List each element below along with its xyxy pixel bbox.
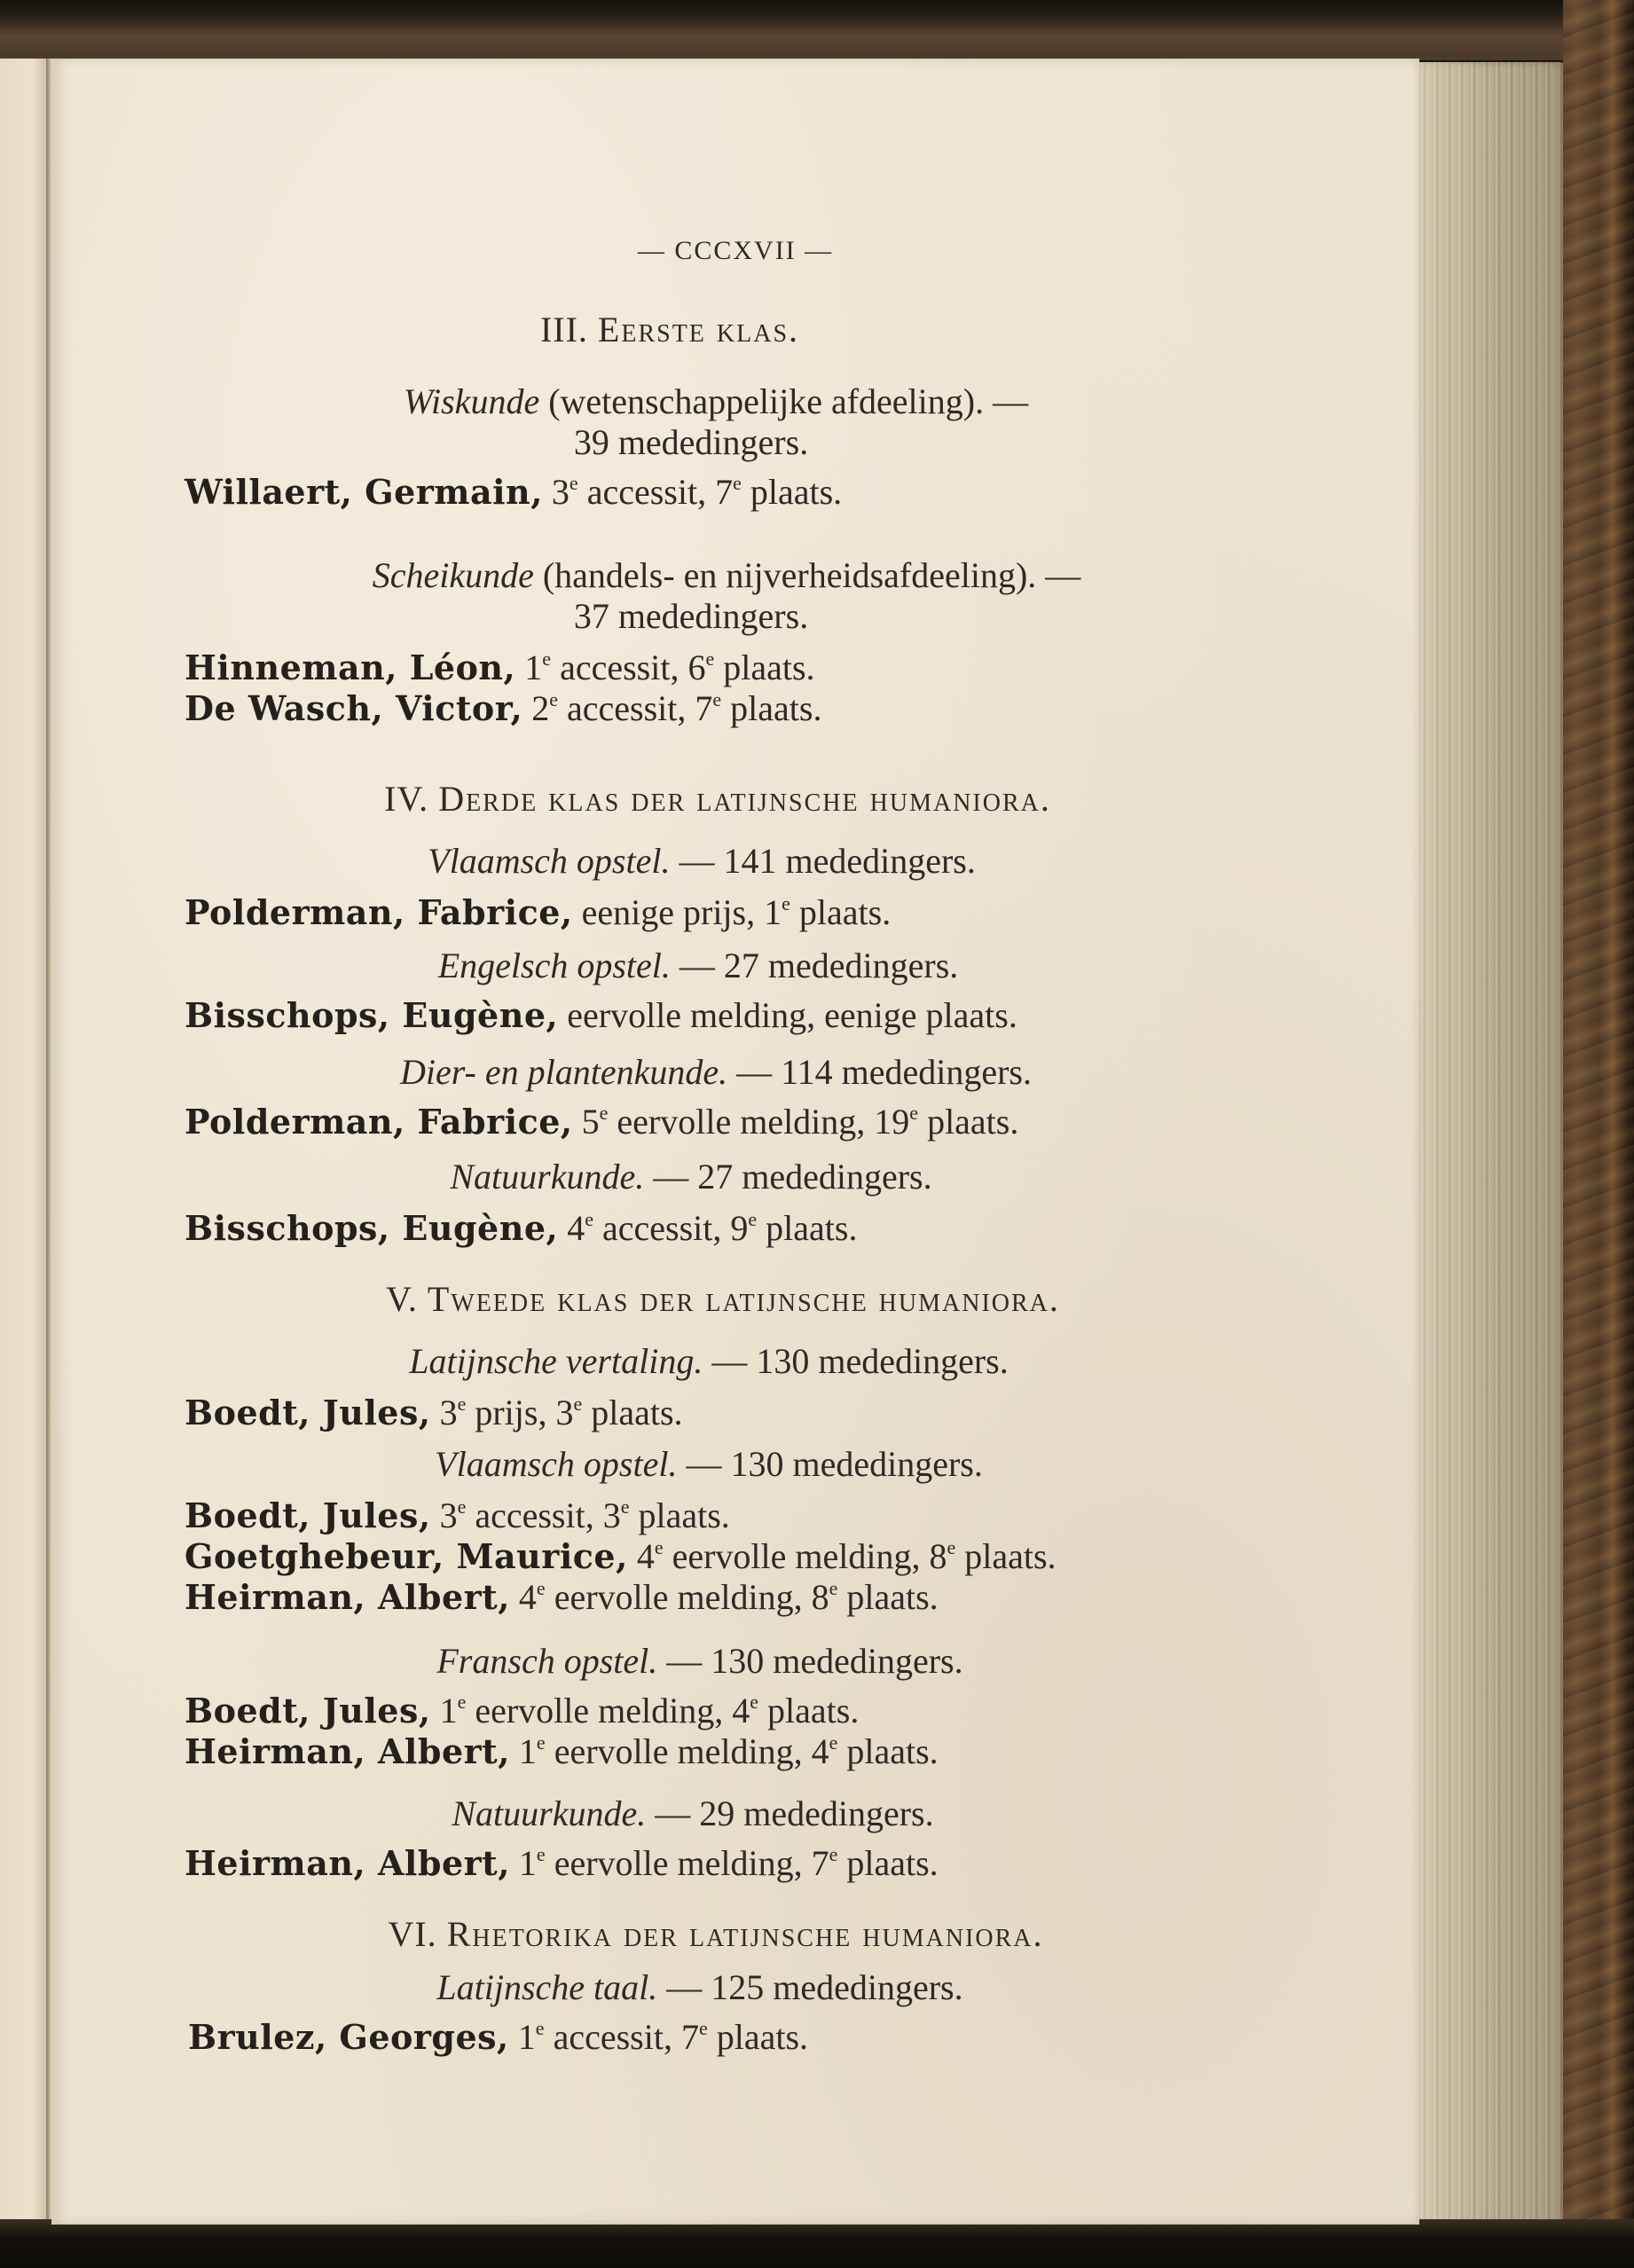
award-entry: Brulez, Georges, 1e accessit, 7e plaats. xyxy=(188,2017,808,2058)
ordinal-suffix: e xyxy=(705,647,714,670)
ordinal-suffix: e xyxy=(748,1208,757,1230)
subject-heading: Engelsch opstel. — 27 mededingers. xyxy=(14,946,1382,986)
place-label: plaats. xyxy=(846,1843,938,1883)
section-heading-v: V. Tweede klas der latijnsche humaniora. xyxy=(39,1279,1407,1320)
section-title: Derde klas der latijnsche humaniora. xyxy=(438,779,1051,819)
award-type: accessit, xyxy=(567,688,686,728)
ordinal-suffix: e xyxy=(537,1843,546,1865)
ordinal-suffix: e xyxy=(458,1393,467,1415)
section-title: Rhetorika der latijnsche humaniora. xyxy=(447,1914,1044,1954)
award-rank: 2 xyxy=(531,688,549,728)
student-name: Heirman, Albert, xyxy=(185,1731,510,1771)
award-type: eervolle melding, xyxy=(554,1731,803,1771)
subject-name: Latijnsche vertaling. xyxy=(409,1341,703,1381)
book-cover-top xyxy=(0,0,1634,60)
award-entry: Heirman, Albert, 1e eervolle melding, 7e… xyxy=(185,1843,939,1884)
place-rank: 6 xyxy=(687,647,705,687)
section-heading-iv: IV. Derde klas der latijnsche humaniora. xyxy=(34,779,1402,820)
ordinal-suffix: e xyxy=(458,1495,467,1518)
ordinal-suffix: e xyxy=(829,1577,838,1599)
subject-competitors: — 130 mededingers. xyxy=(666,1641,962,1681)
ordinal-suffix: e xyxy=(542,647,551,670)
student-name: Boedt, Jules, xyxy=(185,1691,431,1730)
ordinal-suffix: e xyxy=(829,1731,838,1754)
student-name: Hinneman, Léon, xyxy=(185,647,515,687)
ordinal-suffix: e xyxy=(782,892,790,914)
student-name: Heirman, Albert, xyxy=(185,1843,510,1883)
subject-name: Dier- en plantenkunde. xyxy=(400,1052,727,1092)
place-label: plaats. xyxy=(964,1536,1056,1576)
award-rank: 5 xyxy=(582,1102,600,1142)
ordinal-suffix: e xyxy=(712,688,721,710)
subject-competitors: — 130 mededingers. xyxy=(711,1341,1008,1381)
section-heading-vi: VI. Rhetorika der latijnsche humaniora. xyxy=(32,1914,1400,1955)
subject-competitors: — 141 mededingers. xyxy=(679,841,975,881)
award-type: prijs, xyxy=(475,1393,546,1432)
student-name: Goetghebeur, Maurice, xyxy=(185,1536,628,1576)
subject-competitors: 37 mededingers. xyxy=(7,596,1375,637)
subject-name: Engelsch opstel. xyxy=(438,946,671,985)
student-name: Boedt, Jules, xyxy=(185,1393,431,1432)
award-type: eervolle melding, xyxy=(554,1843,803,1883)
award-type: accessit, xyxy=(475,1495,593,1535)
ordinal-suffix: e xyxy=(655,1536,664,1558)
award-rank: 3 xyxy=(552,472,570,512)
subject-competitors: 39 mededingers. xyxy=(7,422,1375,463)
subject-heading: Vlaamsch opstel. — 141 mededingers. xyxy=(18,841,1386,882)
subject-heading: Latijnsche taal. — 125 mededingers. xyxy=(16,1967,1384,2008)
ordinal-suffix: e xyxy=(549,688,558,710)
page-number: — CCCXVII — xyxy=(51,231,1419,271)
place-label: plaats. xyxy=(591,1393,682,1432)
place-label: plaats. xyxy=(767,1691,859,1730)
ordinal-suffix: e xyxy=(585,1208,593,1230)
subject-heading: Natuurkunde. — 29 mededingers. xyxy=(9,1793,1377,1834)
book-page: — CCCXVII — III. Eerste klas. Wiskunde (… xyxy=(51,59,1419,2225)
subject-competitors: — 27 mededingers. xyxy=(653,1157,931,1197)
place-label: plaats. xyxy=(799,892,891,932)
award-type: accessit, xyxy=(602,1208,721,1248)
ordinal-suffix: e xyxy=(947,1536,955,1558)
award-entry: Boedt, Jules, 1e eervolle melding, 4e pl… xyxy=(185,1691,859,1731)
subject-note: (handels- en nijverheidsafdeeling). — xyxy=(543,555,1080,595)
subject-note: (wetenschappelijke afdeeling). — xyxy=(548,381,1028,421)
ordinal-suffix: e xyxy=(537,1577,546,1599)
award-type: accessit, xyxy=(554,2017,672,2057)
place-label: plaats. xyxy=(750,472,842,512)
award-rank: 1 xyxy=(519,1843,537,1883)
section-heading-iii: III. Eerste klas. xyxy=(0,310,1354,350)
award-entry: Bisschops, Eugène, eervolle melding, een… xyxy=(185,995,1017,1036)
place-rank: 4 xyxy=(812,1731,829,1771)
award-rank: 3 xyxy=(440,1495,458,1535)
award-type: eenige prijs, xyxy=(582,892,756,932)
place-rank: 8 xyxy=(929,1536,947,1576)
section-numeral: III. xyxy=(540,310,588,349)
award-entry: Heirman, Albert, 4e eervolle melding, 8e… xyxy=(185,1577,939,1618)
ordinal-suffix: e xyxy=(573,1393,582,1415)
book-cover-bottom xyxy=(0,2219,1634,2268)
subject-name: Natuurkunde. xyxy=(452,1793,646,1833)
place-rank: 7 xyxy=(812,1843,829,1883)
award-entry: Polderman, Fabrice, eenige prijs, 1e pla… xyxy=(185,892,891,933)
ordinal-suffix: e xyxy=(909,1102,918,1124)
award-type: eervolle melding, xyxy=(554,1577,803,1617)
award-type: accessit, xyxy=(560,647,679,687)
section-numeral: V. xyxy=(386,1279,418,1319)
section-numeral: IV. xyxy=(384,779,428,819)
award-rank: 1 xyxy=(518,2017,536,2057)
place-rank: 3 xyxy=(555,1393,573,1432)
award-rank: 4 xyxy=(567,1208,585,1248)
book-cover-right xyxy=(1563,0,1634,2268)
award-entry: Heirman, Albert, 1e eervolle melding, 4e… xyxy=(185,1731,939,1772)
ordinal-suffix: e xyxy=(750,1691,758,1713)
subject-competitors: — 130 mededingers. xyxy=(686,1444,982,1484)
subject-competitors: — 29 mededingers. xyxy=(655,1793,933,1833)
ordinal-suffix: e xyxy=(570,472,578,494)
subject-heading: Scheikunde (handels- en nijverheidsafdee… xyxy=(43,555,1410,596)
award-rank: 1 xyxy=(524,647,542,687)
place-rank: 7 xyxy=(695,688,712,728)
subject-heading: Vlaamsch opstel. — 130 mededingers. xyxy=(25,1444,1393,1485)
award-entry: Boedt, Jules, 3e accessit, 3e plaats. xyxy=(185,1495,730,1536)
ordinal-suffix: e xyxy=(537,1731,546,1754)
ordinal-suffix: e xyxy=(733,472,742,494)
student-name: Bisschops, Eugène, xyxy=(185,1208,558,1248)
award-type: eervolle melding, xyxy=(475,1691,723,1730)
award-type: eervolle melding, eenige plaats. xyxy=(567,995,1017,1035)
subject-competitors: — 114 mededingers. xyxy=(736,1052,1032,1092)
place-rank: 7 xyxy=(681,2017,699,2057)
place-label: plaats. xyxy=(846,1731,938,1771)
student-name: Boedt, Jules, xyxy=(185,1495,431,1535)
award-entry: Hinneman, Léon, 1e accessit, 6e plaats. xyxy=(185,647,815,688)
place-rank: 9 xyxy=(730,1208,748,1248)
place-label: plaats. xyxy=(638,1495,729,1535)
place-rank: 7 xyxy=(715,472,733,512)
subject-competitors: — 125 mededingers. xyxy=(666,1967,962,2007)
student-name: Polderman, Fabrice, xyxy=(185,1102,573,1142)
subject-name: Vlaamsch opstel. xyxy=(435,1444,677,1484)
page-fore-edge xyxy=(1418,62,1567,2226)
section-title: Eerste klas. xyxy=(598,310,799,349)
ordinal-suffix: e xyxy=(699,2017,708,2039)
ordinal-suffix: e xyxy=(600,1102,609,1124)
ordinal-suffix: e xyxy=(536,2017,545,2039)
place-label: plaats. xyxy=(766,1208,857,1248)
student-name: De Wasch, Victor, xyxy=(185,688,522,728)
award-entry: Polderman, Fabrice, 5e eervolle melding,… xyxy=(185,1102,1018,1142)
subject-heading: Wiskunde (wetenschappelijke afdeeling). … xyxy=(32,381,1400,422)
place-label: plaats. xyxy=(723,647,814,687)
award-type: accessit, xyxy=(587,472,706,512)
subject-name: Vlaamsch opstel. xyxy=(428,841,670,881)
award-rank: 4 xyxy=(637,1536,655,1576)
place-label: plaats. xyxy=(927,1102,1018,1142)
student-name: Willaert, Germain, xyxy=(185,472,543,512)
place-label: plaats. xyxy=(730,688,821,728)
award-entry: Boedt, Jules, 3e prijs, 3e plaats. xyxy=(185,1393,683,1433)
subject-heading: Latijnsche vertaling. — 130 mededingers. xyxy=(25,1341,1393,1382)
subject-heading: Fransch opstel. — 130 mededingers. xyxy=(16,1641,1384,1682)
ordinal-suffix: e xyxy=(829,1843,838,1865)
place-rank: 19 xyxy=(874,1102,909,1142)
ordinal-suffix: e xyxy=(621,1495,630,1518)
subject-heading: Dier- en plantenkunde. — 114 mededingers… xyxy=(32,1052,1400,1093)
student-name: Bisschops, Eugène, xyxy=(185,995,558,1035)
subject-name: Scheikunde xyxy=(373,555,534,595)
subject-competitors: — 27 mededingers. xyxy=(680,946,958,985)
place-rank: 1 xyxy=(764,892,782,932)
subject-name: Wiskunde xyxy=(404,381,539,421)
award-type: eervolle melding, xyxy=(617,1102,865,1142)
student-name: Brulez, Georges, xyxy=(188,2017,509,2057)
place-rank: 3 xyxy=(603,1495,621,1535)
award-rank: 1 xyxy=(440,1691,458,1730)
section-title: Tweede klas der latijnsche humaniora. xyxy=(428,1279,1060,1319)
subject-name: Fransch opstel. xyxy=(436,1641,657,1681)
place-rank: 4 xyxy=(732,1691,750,1730)
award-entry: Goetghebeur, Maurice, 4e eervolle meldin… xyxy=(185,1536,1057,1577)
student-name: Polderman, Fabrice, xyxy=(185,892,573,932)
subject-name: Latijnsche taal. xyxy=(436,1967,657,2007)
ordinal-suffix: e xyxy=(458,1691,467,1713)
award-type: eervolle melding, xyxy=(672,1536,921,1576)
award-entry: De Wasch, Victor, 2e accessit, 7e plaats… xyxy=(185,688,821,729)
section-numeral: VI. xyxy=(388,1914,436,1954)
award-rank: 4 xyxy=(519,1577,537,1617)
student-name: Heirman, Albert, xyxy=(185,1577,510,1617)
award-entry: Bisschops, Eugène, 4e accessit, 9e plaat… xyxy=(185,1208,857,1249)
award-entry: Willaert, Germain, 3e accessit, 7e plaat… xyxy=(185,472,842,513)
award-rank: 1 xyxy=(519,1731,537,1771)
place-rank: 8 xyxy=(812,1577,829,1617)
subject-heading: Natuurkunde. — 27 mededingers. xyxy=(7,1157,1375,1197)
award-rank: 3 xyxy=(440,1393,458,1432)
subject-name: Natuurkunde. xyxy=(450,1157,644,1197)
place-label: plaats. xyxy=(717,2017,808,2057)
place-label: plaats. xyxy=(846,1577,938,1617)
